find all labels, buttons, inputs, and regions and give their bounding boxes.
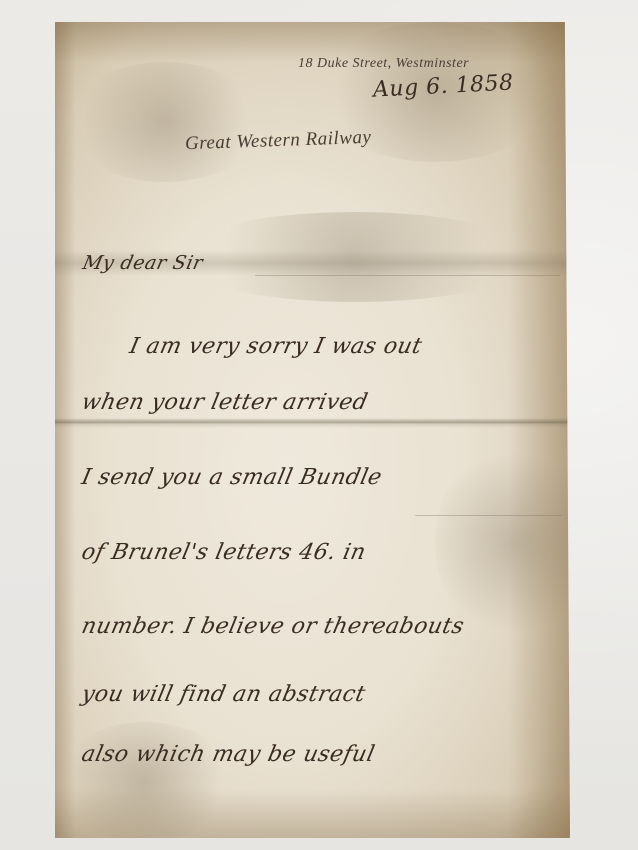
body-line: number. I believe or thereabouts bbox=[79, 614, 466, 639]
letter-sheet: 18 Duke Street, Westminster Aug 6. 1858 … bbox=[55, 22, 570, 838]
stain bbox=[65, 62, 265, 182]
letterhead-address: 18 Duke Street, Westminster bbox=[298, 56, 469, 72]
paper-rule bbox=[255, 275, 560, 276]
body-line: I am very sorry I was out bbox=[127, 334, 424, 359]
body-line: of Brunel's letters 46. in bbox=[79, 540, 368, 565]
salutation: My dear Sir bbox=[81, 252, 205, 274]
fold-crease bbox=[55, 418, 570, 428]
paper-rule bbox=[415, 515, 562, 516]
body-line: I send you a small Bundle bbox=[79, 465, 384, 490]
stain bbox=[55, 722, 235, 842]
body-line: when your letter arrived bbox=[79, 390, 370, 415]
body-line: you will find an abstract bbox=[79, 682, 367, 707]
body-line: also which may be useful bbox=[79, 742, 377, 767]
